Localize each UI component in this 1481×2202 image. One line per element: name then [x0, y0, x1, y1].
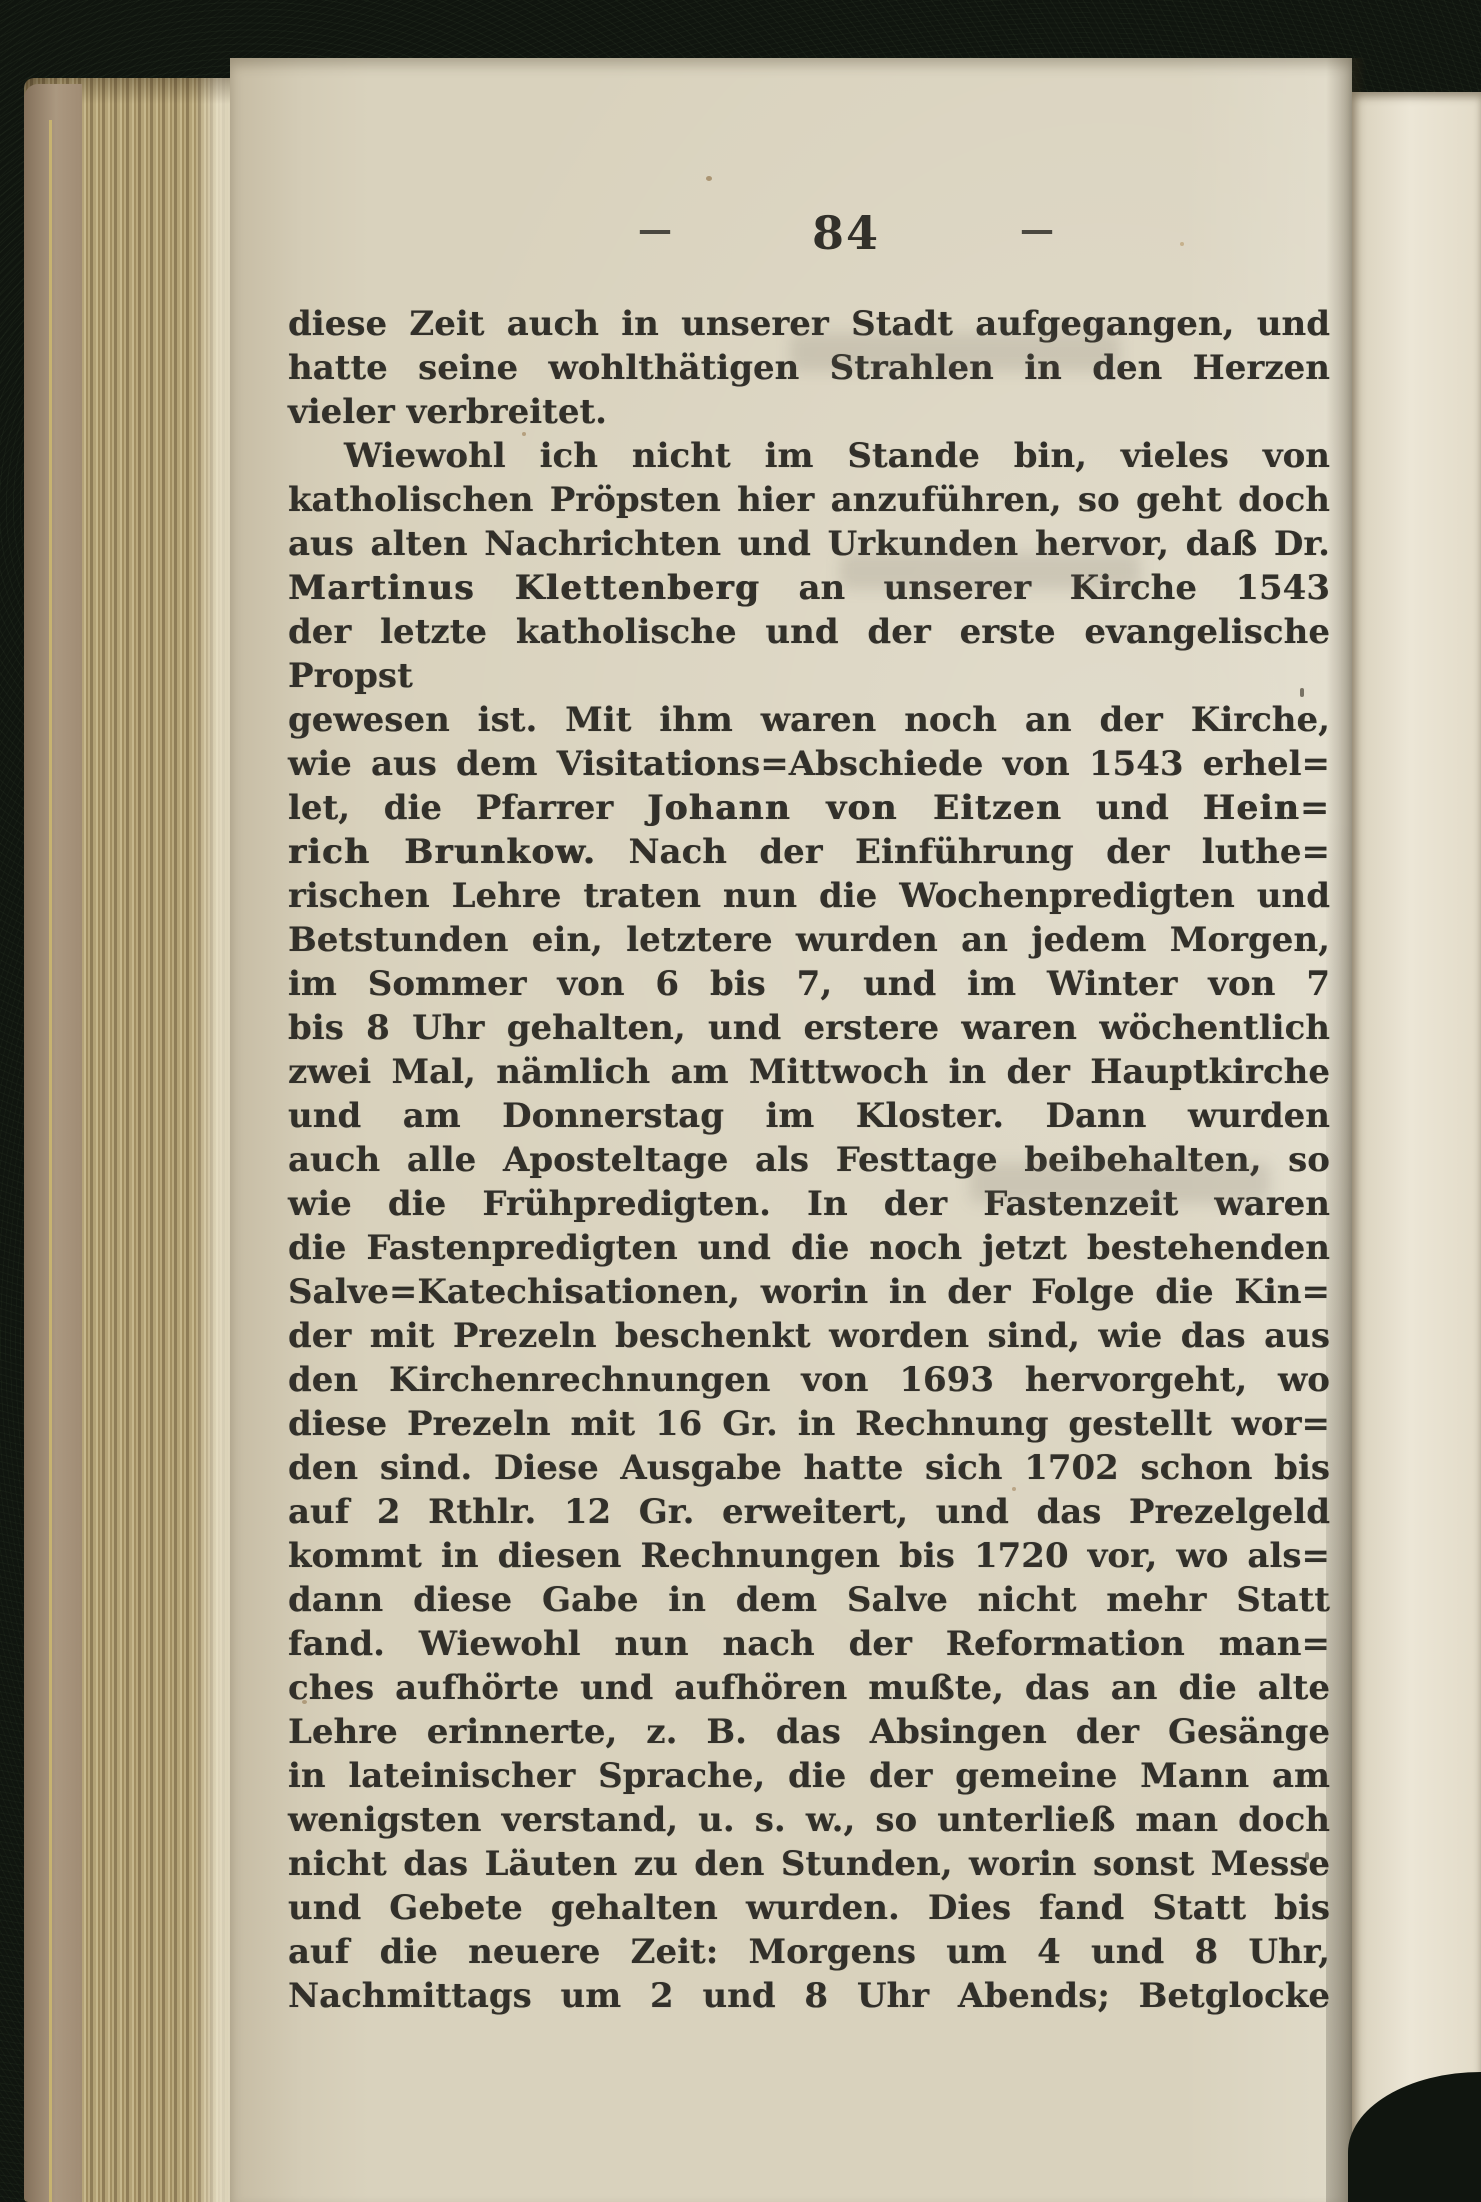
text-line: zwei Mal, nämlich am Mittwoch in der Hau…: [288, 1050, 1330, 1094]
text-line: Lehre erinnerte, z. B. das Absingen der …: [288, 1710, 1330, 1754]
paper-speck: [522, 432, 526, 436]
text-line: ches aufhörte und aufhören mußte, das an…: [288, 1666, 1330, 1710]
text-line: die Fastenpredigten und die noch jetzt b…: [288, 1226, 1330, 1270]
person-name: Johann von Eitzen: [647, 788, 1062, 828]
text-line: in lateinischer Sprache, die der gemeine…: [288, 1754, 1330, 1798]
text-line: Salve=Katechisationen, worin in der Folg…: [288, 1270, 1330, 1314]
text-segment: gewesen ist. Mit ihm waren noch an der K…: [288, 700, 1330, 740]
paper-speck: [1012, 1487, 1016, 1491]
text-line: katholischen Pröpsten hier anzuführen, s…: [288, 478, 1330, 522]
text-segment: der mit Prezeln beschenkt worden sind, w…: [288, 1316, 1330, 1356]
text-line: wenigsten verstand, u. s. w., so unterli…: [288, 1798, 1330, 1842]
showthrough-smudge: [970, 1163, 1270, 1203]
text-line: gewesen ist. Mit ihm waren noch an der K…: [288, 698, 1330, 742]
text-segment: den Kirchenrechnungen von 1693 hervorgeh…: [288, 1360, 1330, 1400]
text-segment: die Fastenpredigten und die noch jetzt b…: [288, 1228, 1330, 1268]
page-text: diese Zeit auch in unserer Stadt aufgega…: [288, 302, 1330, 2018]
text-line: und Gebete gehalten wurden. Dies fand St…: [288, 1886, 1330, 1930]
text-segment: wenigsten verstand, u. s. w., so unterli…: [288, 1800, 1330, 1840]
text-segment: katholischen Pröpsten hier anzuführen, s…: [288, 480, 1330, 520]
text-line: Nachmittags um 2 und 8 Uhr Abends; Betgl…: [288, 1974, 1330, 2018]
text-line: bis 8 Uhr gehalten, und erstere waren wö…: [288, 1006, 1330, 1050]
book-scan: — 84 — diese Zeit auch in unserer Stadt …: [0, 0, 1481, 2202]
paper-speck: [1300, 688, 1304, 697]
text-line: im Sommer von 6 bis 7, und im Winter von…: [288, 962, 1330, 1006]
cover-edge-highlight: [49, 120, 52, 2202]
text-line: rich Brunkow. Nach der Einführung der lu…: [288, 830, 1330, 874]
text-line: Wiewohl ich nicht im Stande bin, vieles …: [288, 434, 1330, 478]
person-name: rich Brunkow.: [288, 832, 596, 872]
page-header: — 84 —: [285, 206, 1407, 260]
text-segment: Nachmittags um 2 und 8 Uhr Abends; Betgl…: [288, 1976, 1330, 2016]
paper-speck: [1180, 242, 1184, 246]
text-line: auf 2 Rthlr. 12 Gr. erweitert, und das P…: [288, 1490, 1330, 1534]
text-line: fand. Wiewohl nun nach der Reformation m…: [288, 1622, 1330, 1666]
book-page: — 84 — diese Zeit auch in unserer Stadt …: [230, 58, 1352, 2202]
text-segment: Salve=Katechisationen, worin in der Folg…: [288, 1272, 1330, 1312]
text-segment: und am Donnerstag im Kloster. Dann wurde…: [288, 1096, 1330, 1136]
text-segment: rischen Lehre traten nun die Wochenpredi…: [288, 876, 1330, 916]
text-segment: ches aufhörte und aufhören mußte, das an…: [288, 1668, 1330, 1708]
text-line: und am Donnerstag im Kloster. Dann wurde…: [288, 1094, 1330, 1138]
text-segment: diese Prezeln mit 16 Gr. in Rechnung ges…: [288, 1404, 1330, 1444]
text-line: Betstunden ein, letztere wurden an jedem…: [288, 918, 1330, 962]
text-segment: Lehre erinnerte, z. B. das Absingen der …: [288, 1712, 1330, 1752]
text-segment: der letzte katholische und der erste eva…: [288, 612, 1330, 696]
showthrough-smudge: [840, 553, 1140, 589]
text-line: vieler verbreitet.: [288, 390, 1330, 434]
text-line: Martinus Klettenberg an unserer Kirche 1…: [288, 566, 1330, 610]
text-line: rischen Lehre traten nun die Wochenpredi…: [288, 874, 1330, 918]
header-rule-right: —: [1020, 210, 1054, 250]
text-segment: aus alten Nachrichten und Urkunden hervo…: [288, 524, 1330, 564]
text-line: den Kirchenrechnungen von 1693 hervorgeh…: [288, 1358, 1330, 1402]
text-line: kommt in diesen Rechnungen bis 1720 vor,…: [288, 1534, 1330, 1578]
text-segment: wie aus dem Visitations=Abschiede von 15…: [288, 744, 1330, 784]
text-segment: und: [1062, 788, 1203, 828]
text-line: der letzte katholische und der erste eva…: [288, 610, 1330, 698]
text-segment: den sind. Diese Ausgabe hatte sich 1702 …: [288, 1448, 1330, 1488]
text-segment: vieler verbreitet.: [288, 392, 607, 432]
text-line: der mit Prezeln beschenkt worden sind, w…: [288, 1314, 1330, 1358]
text-line: aus alten Nachrichten und Urkunden hervo…: [288, 522, 1330, 566]
text-segment: auf die neuere Zeit: Morgens um 4 und 8 …: [288, 1932, 1330, 1972]
text-segment: auf 2 Rthlr. 12 Gr. erweitert, und das P…: [288, 1492, 1330, 1532]
text-segment: Betstunden ein, letztere wurden an jedem…: [288, 920, 1330, 960]
text-segment: zwei Mal, nämlich am Mittwoch in der Hau…: [288, 1052, 1330, 1092]
text-segment: kommt in diesen Rechnungen bis 1720 vor,…: [288, 1536, 1330, 1576]
text-segment: dann diese Gabe in dem Salve nicht mehr …: [288, 1580, 1330, 1620]
adjacent-page-edge: [1352, 92, 1481, 2202]
header-rule-left: —: [638, 210, 672, 250]
text-segment: in lateinischer Sprache, die der gemeine…: [288, 1756, 1330, 1796]
paper-speck: [706, 176, 712, 181]
text-line: den sind. Diese Ausgabe hatte sich 1702 …: [288, 1446, 1330, 1490]
text-line: diese Prezeln mit 16 Gr. in Rechnung ges…: [288, 1402, 1330, 1446]
book-cover-edge: [24, 84, 82, 2202]
text-segment: und Gebete gehalten wurden. Dies fand St…: [288, 1888, 1330, 1928]
text-line: auf die neuere Zeit: Morgens um 4 und 8 …: [288, 1930, 1330, 1974]
text-line: nicht das Läuten zu den Stunden, worin s…: [288, 1842, 1330, 1886]
text-line: dann diese Gabe in dem Salve nicht mehr …: [288, 1578, 1330, 1622]
showthrough-smudge: [790, 333, 1120, 371]
text-segment: fand. Wiewohl nun nach der Reformation m…: [288, 1624, 1330, 1664]
text-segment: Nach der Einführung der luthe=: [596, 832, 1330, 872]
person-name: Hein=: [1203, 788, 1330, 828]
text-segment: let, die Pfarrer: [288, 788, 647, 828]
person-name: Martinus Klettenberg: [288, 568, 760, 608]
text-segment: bis 8 Uhr gehalten, und erstere waren wö…: [288, 1008, 1330, 1048]
text-line: let, die Pfarrer Johann von Eitzen und H…: [288, 786, 1330, 830]
text-segment: im Sommer von 6 bis 7, und im Winter von…: [288, 964, 1330, 1004]
paper-speck: [1305, 1852, 1309, 1860]
text-segment: nicht das Läuten zu den Stunden, worin s…: [288, 1844, 1330, 1884]
paper-speck: [302, 1700, 307, 1704]
text-line: wie aus dem Visitations=Abschiede von 15…: [288, 742, 1330, 786]
text-segment: Wiewohl ich nicht im Stande bin, vieles …: [344, 436, 1330, 476]
page-number: 84: [812, 206, 880, 260]
